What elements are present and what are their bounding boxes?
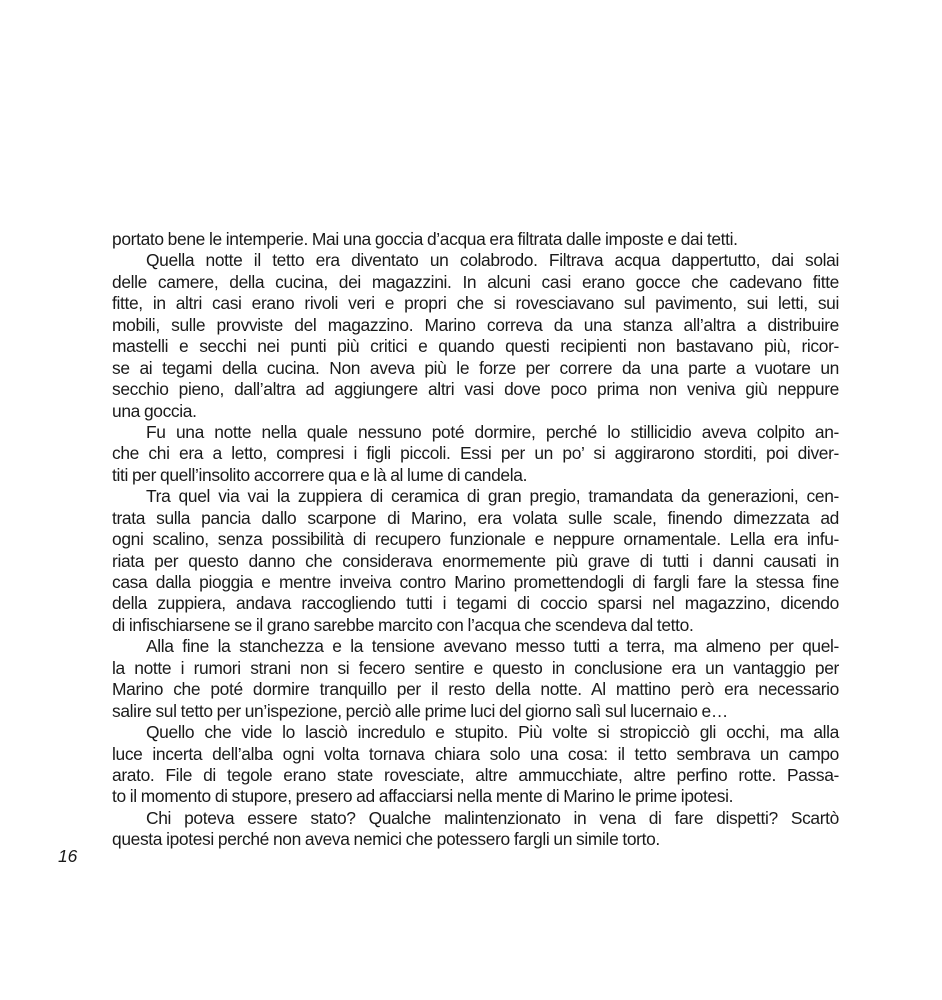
text-line: delle camere, della cucina, dei magazzin… [112,272,839,293]
text-line: una goccia. [112,401,839,422]
text-line: ogni scalino, senza possibilità di recup… [112,529,839,550]
text-line: se ai tegami della cucina. Non aveva più… [112,358,839,379]
text-line: di infischiarsene se il grano sarebbe ma… [112,615,839,636]
paragraph: Alla fine la stanchezza e la tensione av… [112,636,839,722]
paragraph: Fu una notte nella quale nessuno poté do… [112,422,839,486]
text-line: trata sulla pancia dallo scarpone di Mar… [112,508,839,529]
text-line: salire sul tetto per un’ispezione, perci… [112,701,839,722]
text-line: luce incerta dell’alba ogni volta tornav… [112,744,839,765]
text-line: Marino che poté dormire tranquillo per i… [112,679,839,700]
paragraph: Quella notte il tetto era diventato un c… [112,250,839,422]
text-line: questa ipotesi perché non aveva nemici c… [112,829,839,850]
text-line: secchio pieno, dall’altra ad aggiungere … [112,379,839,400]
paragraph: portato bene le intemperie. Mai una gocc… [112,229,839,250]
text-line: riata per questo danno che considerava e… [112,551,839,572]
paragraph: Tra quel via vai la zuppiera di ceramica… [112,486,839,636]
text-line: titi per quell’insolito accorrere qua e … [112,465,839,486]
text-line: Quella notte il tetto era diventato un c… [112,250,839,271]
text-line: mobili, sulle provviste del magazzino. M… [112,315,839,336]
text-line: Tra quel via vai la zuppiera di ceramica… [112,486,839,507]
text-line: Quello che vide lo lasciò incredulo e st… [112,722,839,743]
text-line: della zuppiera, andava raccogliendo tutt… [112,593,839,614]
text-line: Fu una notte nella quale nessuno poté do… [112,422,839,443]
paragraph: Quello che vide lo lasciò incredulo e st… [112,722,839,808]
text-line: Alla fine la stanchezza e la tensione av… [112,636,839,657]
text-line: portato bene le intemperie. Mai una gocc… [112,229,839,250]
text-line: casa dalla pioggia e mentre inveiva cont… [112,572,839,593]
page-number: 16 [58,846,77,867]
text-line: mastelli e secchi nei punti più critici … [112,336,839,357]
text-line: to il momento di stupore, presero ad aff… [112,786,839,807]
text-line: fitte, in altri casi erano rivoli veri e… [112,293,839,314]
book-page: portato bene le intemperie. Mai una gocc… [0,0,942,1000]
paragraph: Chi poteva essere stato? Qualche malinte… [112,808,839,851]
text-line: arato. File di tegole erano state rovesc… [112,765,839,786]
text-line: Chi poteva essere stato? Qualche malinte… [112,808,839,829]
text-line: che chi era a letto, compresi i figli pi… [112,443,839,464]
text-line: la notte i rumori strani non si fecero s… [112,658,839,679]
body-text: portato bene le intemperie. Mai una gocc… [112,229,839,851]
